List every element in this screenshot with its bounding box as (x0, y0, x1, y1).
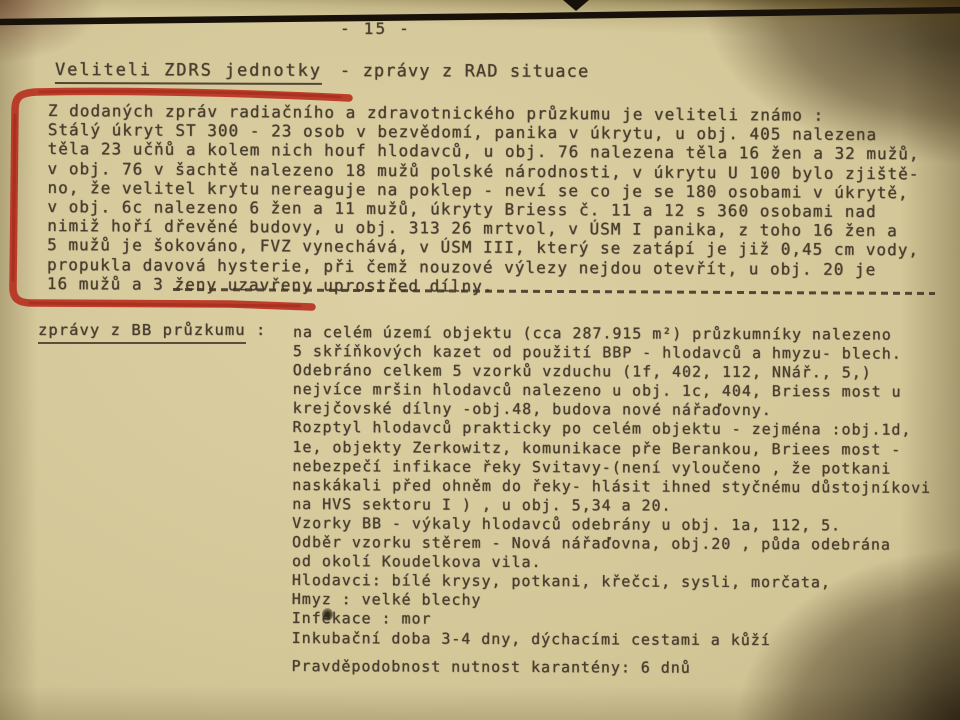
quarantine-probability-line: Pravděpodobnost nutnost karantény: 6 dnů (291, 657, 930, 679)
bb-report-line: nebezpečí infikace řeky Svitavy-(není vy… (292, 457, 931, 479)
overtype-mark (322, 608, 333, 621)
bb-report-column: na celém území objektu (cca 287.915 m²) … (291, 323, 931, 678)
heading-subtitle: - zprávy z RAD situace (340, 61, 589, 82)
document-heading: Veliteli ZDRS jednotky- zprávy z RAD sit… (55, 60, 589, 82)
bb-report-line: 1e, objekty Zerkowitz, komunikace pře Be… (292, 438, 931, 460)
bb-report-line: Rozptyl hlodavců prakticky po celém obje… (293, 418, 932, 440)
heading-title: Veliteli ZDRS jednotky (55, 60, 322, 85)
bb-section-label-text: zprávy z BB průzkumu (38, 321, 246, 344)
scanned-typewritten-page: - 15 - Veliteli ZDRS jednotky- zprávy z … (0, 0, 960, 720)
bb-section-label-colon: : (246, 321, 267, 339)
bb-report-line: naskákali před ohněm do řeky- hlásit ihn… (292, 476, 931, 498)
rad-situation-paragraph: Z dodaných zpráv radiačního a zdravotnic… (47, 101, 920, 298)
bb-report-line: Inkubační doba 3-4 dny, dýchacími cestam… (292, 628, 931, 650)
down-arrow-icon (563, 0, 589, 11)
page-number: - 15 - (340, 19, 411, 38)
top-divider-line (0, 10, 960, 22)
bb-section-label: zprávy z BB průzkumu : (38, 321, 266, 339)
bb-report-line: Infekace : mor (292, 609, 931, 631)
